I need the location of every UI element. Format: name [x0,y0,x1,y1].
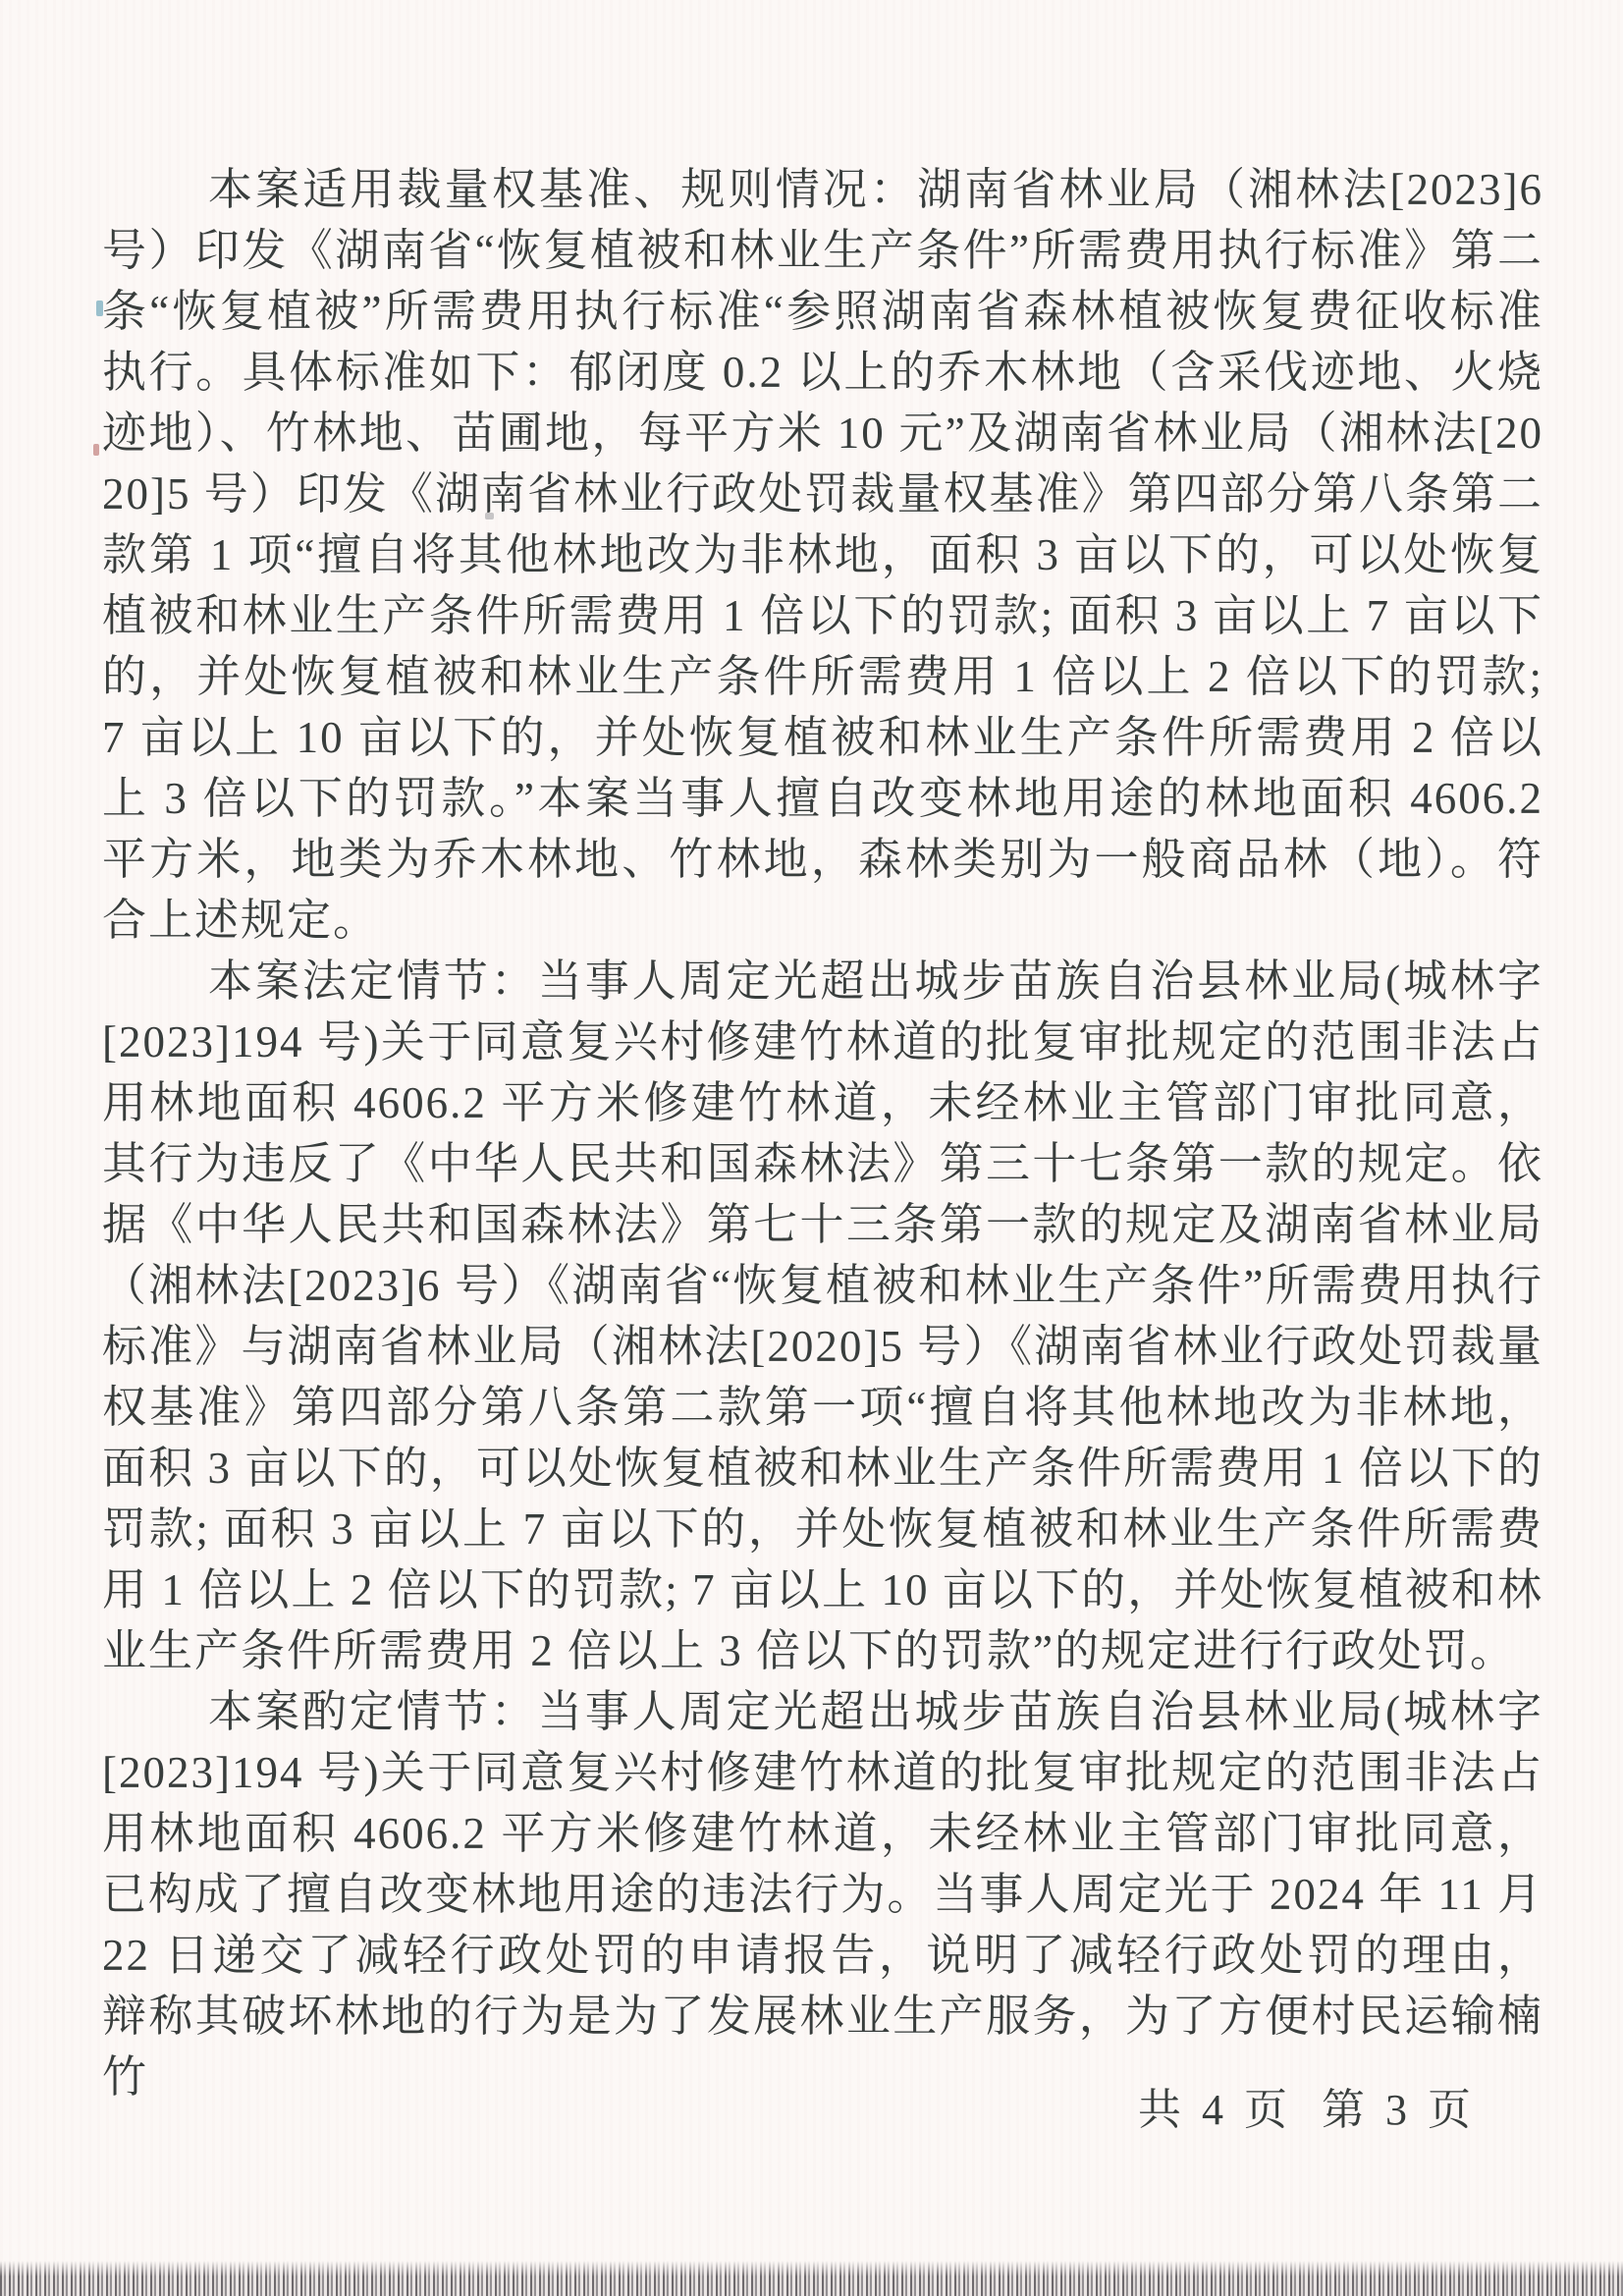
page-number-footer: 共 4 页 第 3 页 [1138,2080,1476,2141]
scan-bottom-edge [0,2261,1623,2296]
paragraph-discretion-basis: 本案适用裁量权基准、规则情况：湖南省林业局（湘林法[2023]6 号）印发《湖南… [102,159,1543,951]
document-page: 本案适用裁量权基准、规则情况：湖南省林业局（湘林法[2023]6 号）印发《湖南… [0,0,1623,2296]
paragraph-statutory-circumstances: 本案法定情节：当事人周定光超出城步苗族自治县林业局(城林字[2023]194 号… [102,951,1543,1681]
total-pages-label: 共 4 页 [1138,2080,1292,2141]
scan-artifact-speck [93,444,99,456]
document-body: 本案适用裁量权基准、规则情况：湖南省林业局（湘林法[2023]6 号）印发《湖南… [102,159,1543,2107]
current-page-label: 第 3 页 [1322,2080,1476,2141]
paragraph-discretionary-circumstances: 本案酌定情节：当事人周定光超出城步苗族自治县林业局(城林字[2023]194 号… [102,1681,1543,2107]
